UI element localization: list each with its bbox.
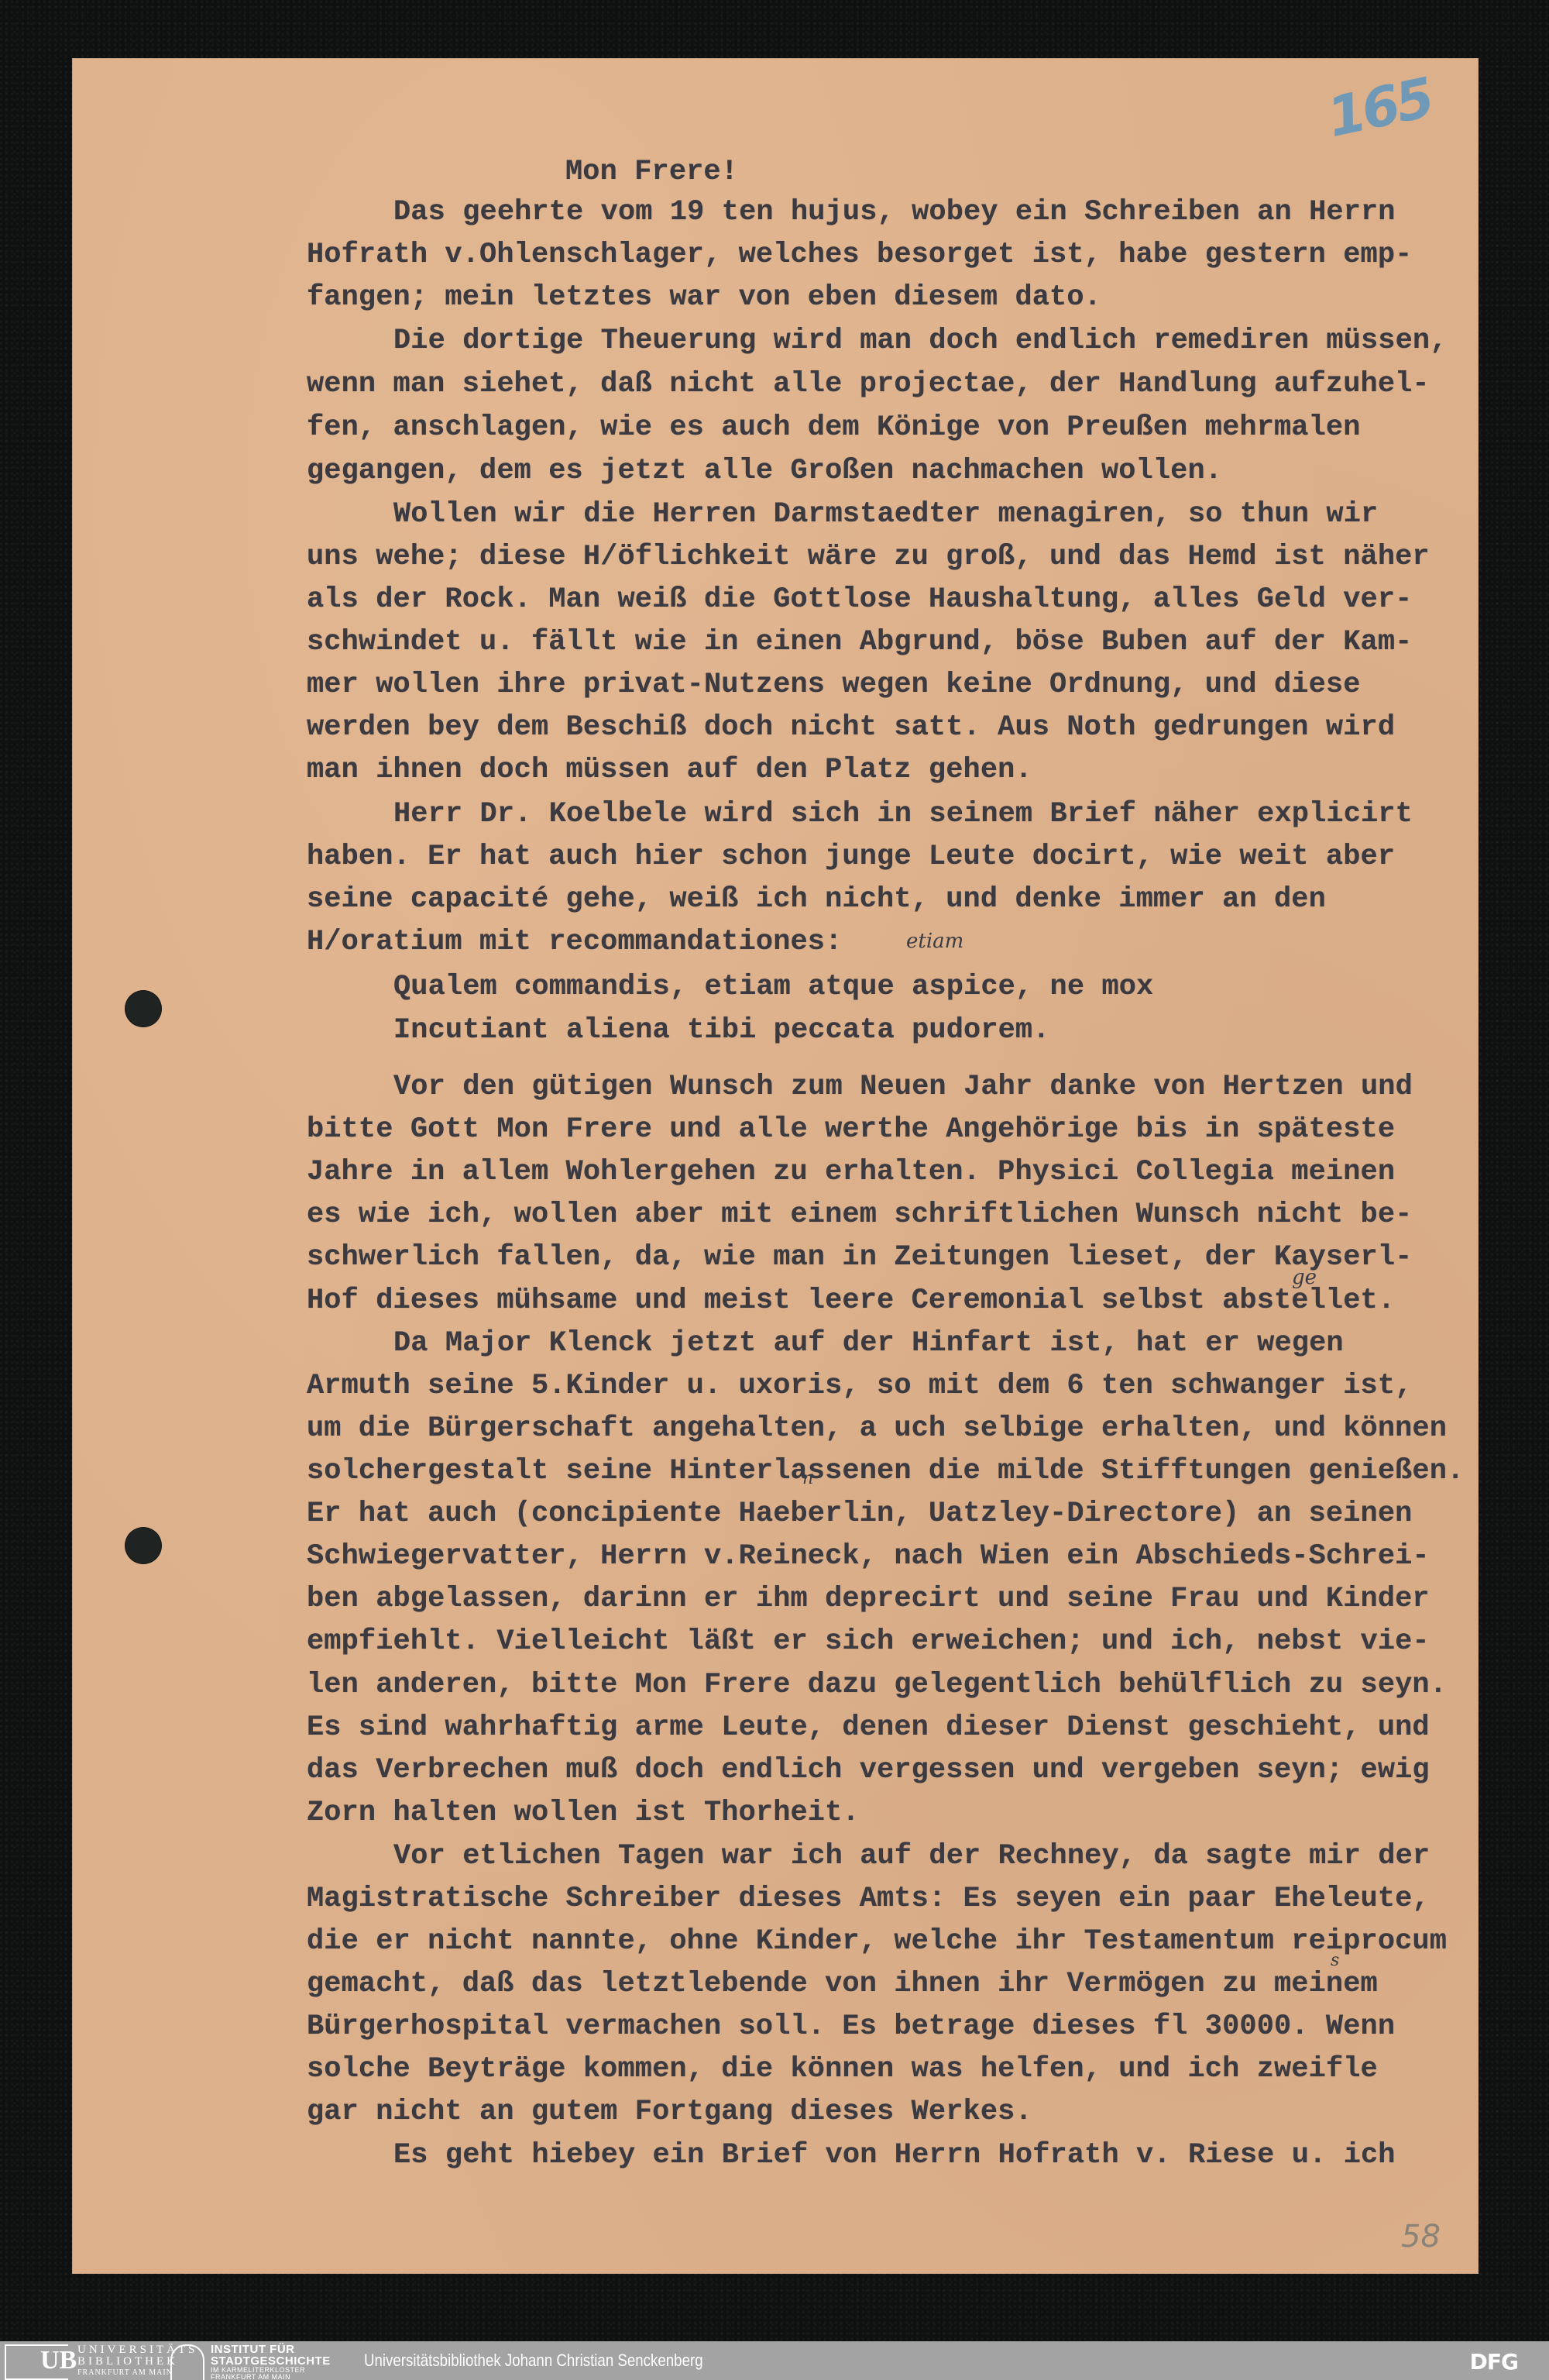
letter-line: Bürgerhospital vermachen soll. Es betrag… (307, 2013, 1395, 2041)
letter-line: haben. Er hat auch hier schon junge Leut… (307, 843, 1395, 872)
letter-line: len anderen, bitte Mon Frere dazu gelege… (307, 1671, 1447, 1700)
letter-line: empfiehlt. Vielleicht läßt er sich erwei… (307, 1628, 1430, 1656)
isg-logo-text: INSTITUT FÜR STADTGESCHICHTE IM KARMELIT… (211, 2344, 331, 2380)
letter-line: Wollen wir die Herren Darmstaedter menag… (393, 500, 1378, 529)
handwritten-correction-s: s (1331, 1951, 1339, 1970)
letter-line: Das geehrte vom 19 ten hujus, wobey ein … (393, 198, 1396, 227)
handwritten-correction-ge: ge (1292, 1266, 1317, 1289)
letter-line: Vor etlichen Tagen war ich auf der Rechn… (393, 1842, 1430, 1871)
letter-line: mer wollen ihre privat-Nutzens wegen kei… (307, 671, 1361, 700)
letter-line: schwindet u. fällt wie in einen Abgrund,… (307, 628, 1412, 657)
letter-line: fangen; mein letztes war von eben diesem… (307, 284, 1101, 312)
isg-arch-icon (170, 2344, 204, 2380)
letter-line: H/oratium mit recommandationes: (307, 928, 842, 957)
letter-line: gegangen, dem es jetzt alle Großen nachm… (307, 457, 1222, 486)
footer-bar: UB UNIVERSITÄTS BIBLIOTHEK FRANKFURT AM … (0, 2341, 1549, 2380)
letter-line: Magistratische Schreiber dieses Amts: Es… (307, 1885, 1430, 1914)
letter-line: seine capacité gehe, weiß ich nicht, und… (307, 886, 1326, 914)
isg-line-1: INSTITUT FÜR (211, 2344, 331, 2355)
letter-line: ben abgelassen, darinn er ihm deprecirt … (307, 1585, 1430, 1614)
folio-number: 165 (1322, 66, 1437, 150)
library-name: Universitätsbibliothek Johann Christian … (364, 2351, 703, 2371)
letter-line: Da Major Klenck jetzt auf der Hinfart is… (393, 1329, 1344, 1358)
document-page: 165 Mon Frere! Das geehrte vom 19 ten hu… (73, 59, 1478, 2273)
letter-line: Zorn halten wollen ist Thorheit. (307, 1799, 860, 1828)
letter-line: Es geht hiebey ein Brief von Herrn Hofra… (393, 2141, 1396, 2170)
letter-line: Qualem commandis, etiam atque aspice, ne… (393, 973, 1153, 1002)
salutation: Mon Frere! (565, 158, 738, 187)
letter-line: gar nicht an gutem Fortgang dieses Werke… (307, 2098, 1032, 2127)
letter-line: Es sind wahrhaftig arme Leute, denen die… (307, 1714, 1430, 1742)
punch-hole-lower (125, 1528, 161, 1563)
isg-line-4: FRANKFURT AM MAIN (211, 2374, 331, 2380)
letter-line: man ihnen doch müssen auf den Platz gehe… (307, 756, 1032, 785)
letter-line: Incutiant aliena tibi peccata pudorem. (393, 1016, 1050, 1045)
letter-line: fen, anschlagen, wie es auch dem Könige … (307, 414, 1361, 442)
letter-line: uns wehe; diese H/öflichkeit wäre zu gro… (307, 543, 1430, 572)
pencil-page-number: 58 (1401, 2219, 1441, 2254)
letter-line: als der Rock. Man weiß die Gottlose Haus… (307, 586, 1412, 614)
letter-line: Hof dieses mühsame und meist leere Cerem… (307, 1287, 1395, 1316)
letter-line: das Verbrechen muß doch endlich vergesse… (307, 1756, 1430, 1785)
letter-line: gemacht, daß das letztlebende von ihnen … (307, 1970, 1378, 1999)
letter-line: um die Bürgerschaft angehalten, a uch se… (307, 1415, 1447, 1443)
handwritten-correction-etiam: etiam (906, 930, 963, 953)
letter-line: bitte Gott Mon Frere und alle werthe Ang… (307, 1116, 1395, 1144)
letter-line: Er hat auch (concipiente Haeberlin, Uatz… (307, 1500, 1412, 1529)
letter-line: schwerlich fallen, da, wie man in Zeitun… (307, 1243, 1412, 1272)
isg-line-2: STADTGESCHICHTE (211, 2355, 331, 2367)
letter-line: solchergestalt seine Hinterlassenen die … (307, 1457, 1464, 1486)
letter-line: Die dortige Theuerung wird man doch endl… (393, 327, 1448, 356)
handwritten-correction-n: n (802, 1469, 813, 1488)
letter-line: Schwiegervatter, Herrn v.Reineck, nach W… (307, 1543, 1430, 1571)
letter-line: solche Beyträge kommen, die können was h… (307, 2055, 1378, 2084)
ub-logo-letters: UB (40, 2346, 77, 2375)
letter-line: Hofrath v.Ohlenschlager, welches besorge… (307, 241, 1412, 270)
letter-line: werden bey dem Beschiß doch nicht satt. … (307, 714, 1395, 742)
letter-line: Armuth seine 5.Kinder u. uxoris, so mit … (307, 1372, 1412, 1401)
letter-line: wenn man siehet, daß nicht alle projecta… (307, 370, 1430, 399)
dfg-logo: DFG (1470, 2349, 1518, 2375)
letter-line: Herr Dr. Koelbele wird sich in seinem Br… (393, 800, 1413, 829)
letter-line: die er nicht nannte, ohne Kinder, welche… (307, 1928, 1447, 1956)
punch-hole-upper (125, 991, 161, 1027)
letter-line: Vor den gütigen Wunsch zum Neuen Jahr da… (393, 1073, 1413, 1102)
letter-line: Jahre in allem Wohlergehen zu erhalten. … (307, 1158, 1395, 1187)
letter-line: es wie ich, wollen aber mit einem schrif… (307, 1201, 1412, 1230)
